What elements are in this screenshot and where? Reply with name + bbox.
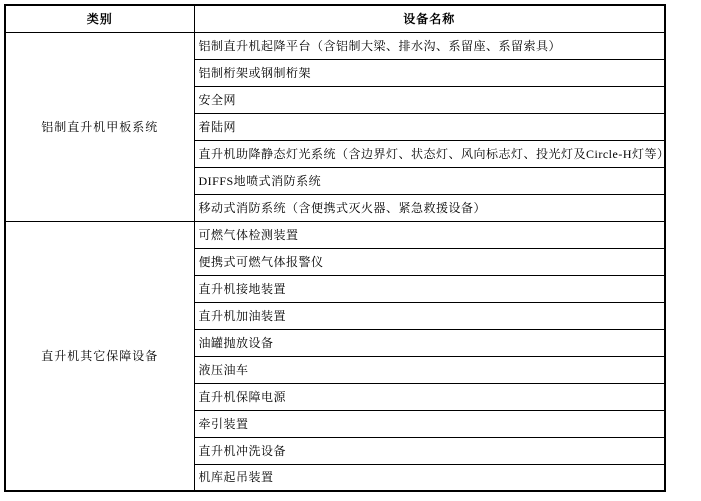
equipment-cell: 牵引装置	[194, 410, 665, 437]
category-cell-aluminum-helideck-system: 铝制直升机甲板系统	[5, 32, 194, 221]
equipment-cell: 铝制直升机起降平台（含铝制大梁、排水沟、系留座、系留索具）	[194, 32, 665, 59]
equipment-cell: 安全网	[194, 86, 665, 113]
equipment-cell: 可燃气体检测装置	[194, 221, 665, 248]
table-row: 直升机其它保障设备 可燃气体检测装置	[5, 221, 665, 248]
equipment-cell: 液压油车	[194, 356, 665, 383]
equipment-cell: 直升机加油装置	[194, 302, 665, 329]
column-header-category: 类别	[5, 5, 194, 32]
equipment-cell: 着陆网	[194, 113, 665, 140]
equipment-cell: 移动式消防系统（含便携式灭火器、紧急救援设备）	[194, 194, 665, 221]
equipment-cell: 油罐抛放设备	[194, 329, 665, 356]
equipment-cell: 机库起吊装置	[194, 464, 665, 491]
equipment-cell: 直升机助降静态灯光系统（含边界灯、状态灯、风向标志灯、投光灯及Circle-H灯…	[194, 140, 665, 167]
table-row: 铝制直升机甲板系统 铝制直升机起降平台（含铝制大梁、排水沟、系留座、系留索具）	[5, 32, 665, 59]
document-page: 类别 设备名称 铝制直升机甲板系统 铝制直升机起降平台（含铝制大梁、排水沟、系留…	[0, 0, 701, 501]
equipment-cell: 便携式可燃气体报警仪	[194, 248, 665, 275]
category-cell-other-helicopter-support-equipment: 直升机其它保障设备	[5, 221, 194, 491]
equipment-cell: 直升机保障电源	[194, 383, 665, 410]
equipment-cell: DIFFS地喷式消防系统	[194, 167, 665, 194]
equipment-cell: 铝制桁架或钢制桁架	[194, 59, 665, 86]
equipment-cell: 直升机冲洗设备	[194, 437, 665, 464]
equipment-cell: 直升机接地装置	[194, 275, 665, 302]
header-row: 类别 设备名称	[5, 5, 665, 32]
equipment-table: 类别 设备名称 铝制直升机甲板系统 铝制直升机起降平台（含铝制大梁、排水沟、系留…	[4, 4, 666, 492]
column-header-equipment: 设备名称	[194, 5, 665, 32]
